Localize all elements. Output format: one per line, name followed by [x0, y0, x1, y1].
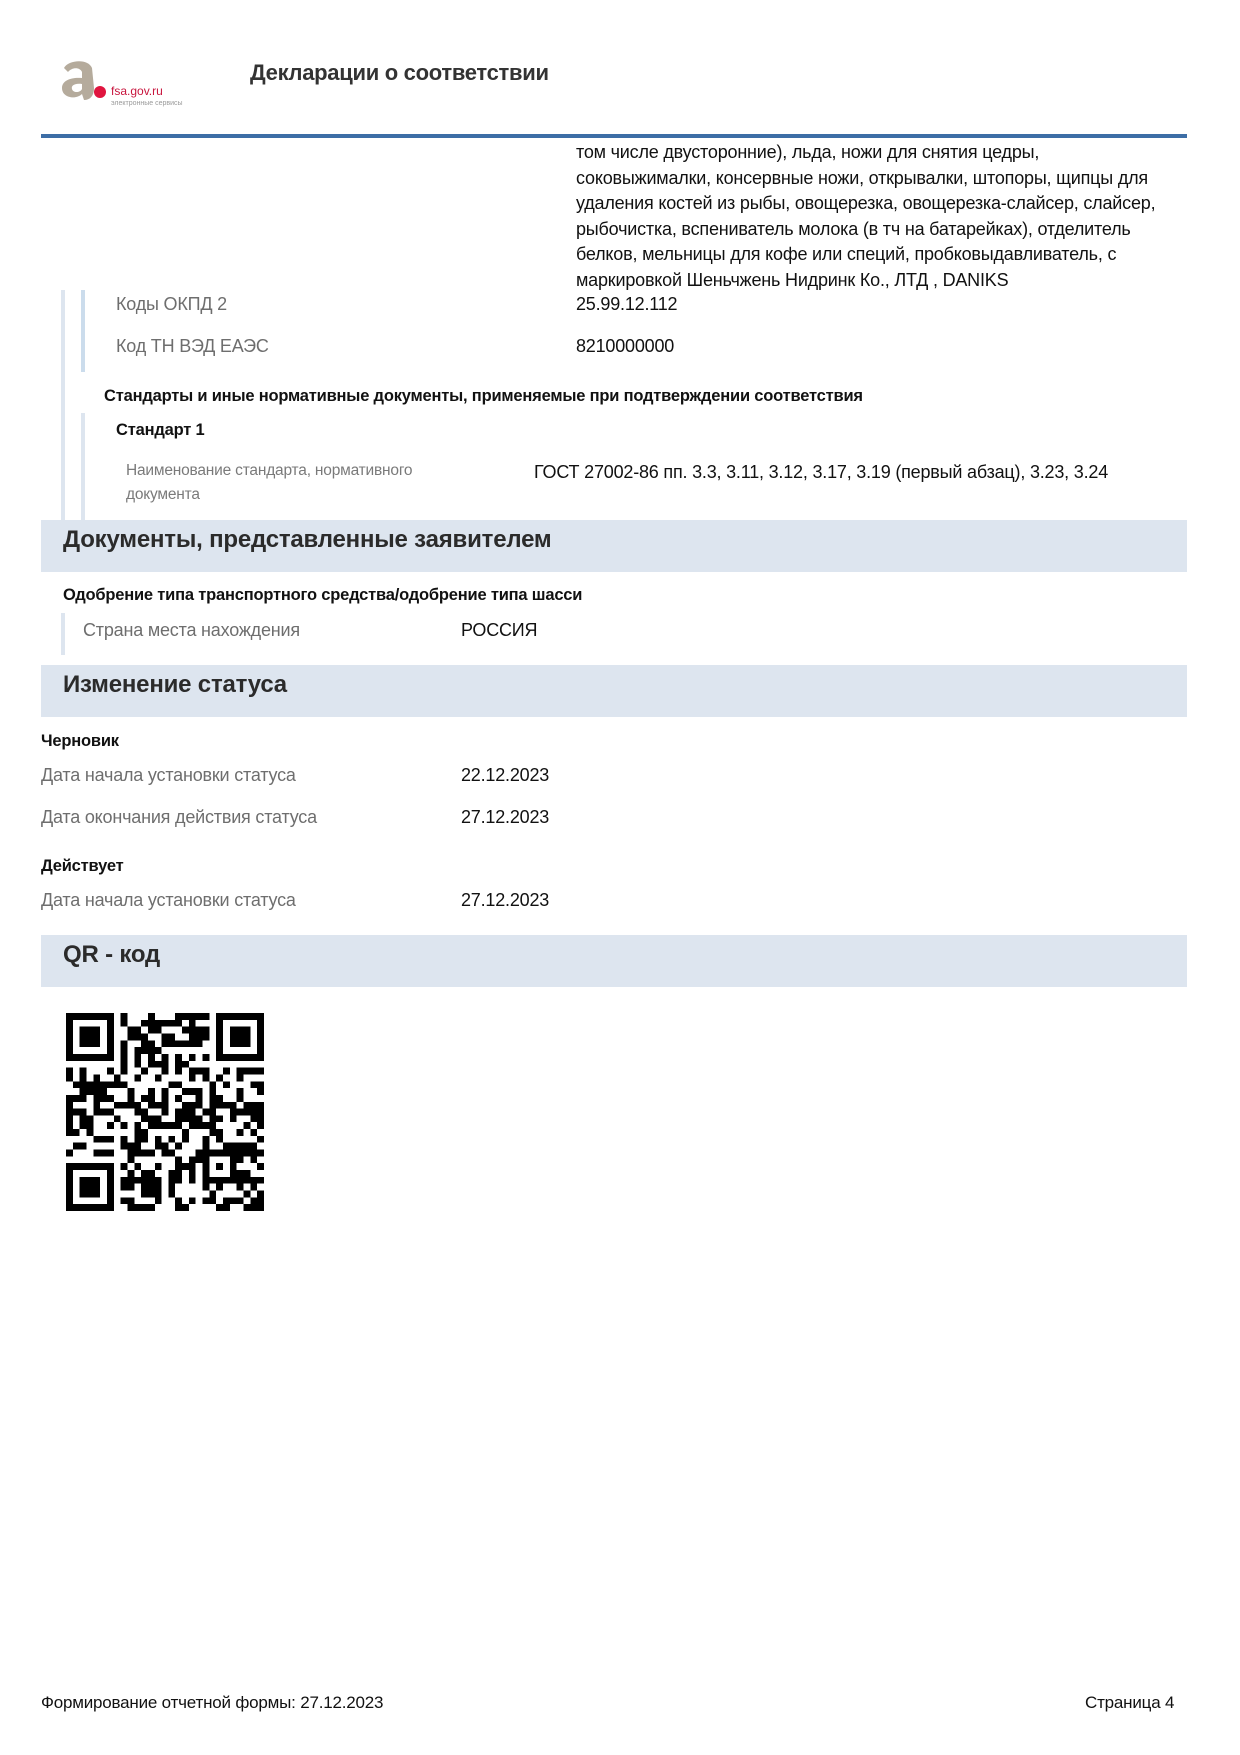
- page-number: Страница 4: [1085, 1693, 1174, 1713]
- field-label-end-date: Дата окончания действия статуса: [41, 807, 317, 828]
- report-generated-date: Формирование отчетной формы: 27.12.2023: [41, 1693, 383, 1713]
- field-label-country: Страна места нахождения: [83, 620, 300, 641]
- field-value-start-date: 22.12.2023: [461, 765, 549, 786]
- description-line: маркировкой Шеньчжень Нидринк Ко., ЛТД ,…: [576, 268, 1216, 294]
- field-label-active-start-date: Дата начала установки статуса: [41, 890, 296, 911]
- status-name-active: Действует: [41, 857, 123, 876]
- page-title: Декларации о соответствии: [250, 60, 549, 86]
- description-line: удаления костей из рыбы, овощерезка, ово…: [576, 191, 1216, 217]
- field-label-okpd2: Коды ОКПД 2: [116, 294, 227, 315]
- fsa-logo-a-icon: [58, 58, 98, 102]
- field-value-okpd2: 25.99.12.112: [576, 294, 677, 315]
- logo-dot: [94, 86, 106, 98]
- product-description: том числе двусторонние), льда, ножи для …: [576, 140, 1216, 293]
- standard-name-label: Наименование стандарта, нормативного док…: [126, 459, 412, 507]
- label-line: документа: [126, 483, 412, 507]
- field-label-tnved: Код ТН ВЭД ЕАЭС: [116, 336, 269, 357]
- section-status-title: Изменение статуса: [63, 671, 287, 699]
- status-name-draft: Черновик: [41, 732, 119, 751]
- logo-subtitle: электронные сервисы: [111, 100, 183, 107]
- indent-bar-outer: [61, 290, 65, 520]
- section-qr-band: [41, 935, 1187, 987]
- standard-name-value: ГОСТ 27002-86 пп. 3.3, 3.11, 3.12, 3.17,…: [534, 462, 1108, 483]
- label-line: Наименование стандарта, нормативного: [126, 459, 412, 483]
- indent-bar-product: [81, 290, 85, 372]
- header-divider: [41, 134, 1187, 138]
- logo-site: fsa.gov.ru: [111, 84, 163, 98]
- field-value-tnved: 8210000000: [576, 336, 674, 357]
- description-line: рыбочистка, вспениватель молока (в тч на…: [576, 217, 1216, 243]
- qr-code-icon: [66, 1013, 264, 1211]
- field-label-start-date: Дата начала установки статуса: [41, 765, 296, 786]
- field-value-country: РОССИЯ: [461, 620, 537, 641]
- description-line: том числе двусторонние), льда, ножи для …: [576, 140, 1216, 166]
- description-line: соковыжималки, консервные ножи, открывал…: [576, 166, 1216, 192]
- standards-heading: Стандарты и иные нормативные документы, …: [104, 387, 863, 406]
- section-qr-title: QR - код: [63, 941, 160, 969]
- field-value-end-date: 27.12.2023: [461, 807, 549, 828]
- fsa-logo: fsa.gov.ru электронные сервисы: [58, 58, 208, 110]
- document-title: Одобрение типа транспортного средства/од…: [63, 586, 582, 605]
- indent-bar-document: [61, 613, 65, 655]
- indent-bar-standard: [81, 413, 85, 520]
- field-value-active-start-date: 27.12.2023: [461, 890, 549, 911]
- section-documents-title: Документы, представленные заявителем: [63, 526, 551, 554]
- description-line: белков, мельницы для кофе или специй, пр…: [576, 242, 1216, 268]
- standard-title: Стандарт 1: [116, 421, 205, 440]
